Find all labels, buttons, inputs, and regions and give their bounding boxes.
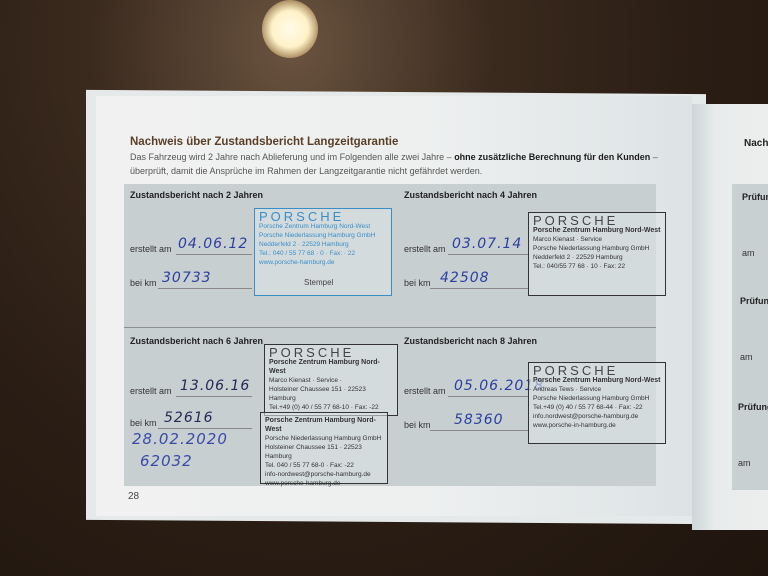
date-line xyxy=(176,254,252,255)
stamp-line: info-nordwest@porsche-hamburg.de xyxy=(265,470,383,479)
intro-text: Das Fahrzeug wird 2 Jahre nach Ablieferu… xyxy=(130,150,660,178)
stamp-line: Andreas Tews · Service xyxy=(533,385,661,394)
right-am-label: am xyxy=(738,458,751,468)
created-label: erstellt am xyxy=(130,386,172,396)
km-label: bei km xyxy=(130,278,157,288)
handwritten-extra-km: 62032 xyxy=(140,452,193,470)
stamp-line: Tel.: 040/55 77 68 · 10 · Fax: 22 xyxy=(533,262,661,271)
right-section-label: Prüfun xyxy=(740,296,768,306)
stamp-line: Porsche Zentrum Hamburg Nord-West xyxy=(259,222,387,231)
stamp-line: Tel.+49 (0) 40 / 55 77 68-10 · Fax: -22 xyxy=(269,403,393,412)
stamp-line: Tel.+49 (0) 40 / 55 77 68-44 · Fax: -22 xyxy=(533,403,661,412)
stamp-line: Porsche Niederlassung Hamburg GmbH xyxy=(265,434,383,443)
right-am-label: am xyxy=(740,352,753,362)
handwritten-date: 03.07.14 xyxy=(452,236,522,252)
stamp-label: Stempel xyxy=(304,278,333,287)
handwritten-date: 13.06.16 xyxy=(180,378,250,394)
stamp-line: Porsche Zentrum Hamburg Nord-West xyxy=(265,416,383,434)
dealer-stamp: PORSCHE Porsche Zentrum Hamburg Nord-Wes… xyxy=(264,344,398,416)
stamp-line: Porsche Niederlassung Hamburg GmbH xyxy=(533,244,661,253)
dealer-stamp-second: Porsche Zentrum Hamburg Nord-West Porsch… xyxy=(260,412,388,484)
divider xyxy=(124,327,656,328)
stamp-line: Nedderfeld 2 · 22529 Hamburg xyxy=(533,253,661,262)
right-page-title: Nach xyxy=(744,138,768,149)
date-line xyxy=(176,396,252,397)
handwritten-extra-date: 28.02.2020 xyxy=(132,430,228,448)
created-label: erstellt am xyxy=(130,244,172,254)
handwritten-km: 42508 xyxy=(440,270,490,286)
km-label: bei km xyxy=(404,420,431,430)
stamp-line: Tel. 040 / 55 77 68-0 · Fax: -22 xyxy=(265,461,383,470)
report-heading: Zustandsbericht nach 4 Jahren xyxy=(404,190,537,200)
km-line xyxy=(158,288,252,289)
report-6-years: Zustandsbericht nach 6 Jahren erstellt a… xyxy=(124,330,394,486)
right-section-label: Prüfung xyxy=(738,402,768,412)
reports-panel: Zustandsbericht nach 2 Jahren erstellt a… xyxy=(124,184,656,486)
km-label: bei km xyxy=(130,418,157,428)
stamp-line: Porsche Zentrum Hamburg Nord-West xyxy=(533,376,661,385)
report-heading: Zustandsbericht nach 8 Jahren xyxy=(404,336,537,346)
ceiling-light-reflection xyxy=(262,0,318,58)
date-line xyxy=(448,254,528,255)
km-line xyxy=(158,428,252,429)
stamp-line: info.nordwest@porsche-hamburg.de xyxy=(533,412,661,421)
stamp-line: Holsteiner Chaussee 151 · 22523 Hamburg xyxy=(269,385,393,403)
stamp-line: Marco Kienast · Service xyxy=(533,235,661,244)
handwritten-km: 52616 xyxy=(164,410,214,426)
porsche-logo: PORSCHE xyxy=(533,366,661,375)
km-line xyxy=(430,430,528,431)
stamp-line: www.porsche-in-hamburg.de xyxy=(533,421,661,430)
porsche-logo: PORSCHE xyxy=(533,216,661,225)
porsche-logo: PORSCHE xyxy=(259,212,387,221)
stamp-line: Nedderfeld 2 · 22529 Hamburg xyxy=(259,240,387,249)
right-section-label: Prüfun xyxy=(742,192,768,202)
right-am-label: am xyxy=(742,248,755,258)
stamp-line: Porsche Niederlassung Hamburg GmbH xyxy=(259,231,387,240)
report-8-years: Zustandsbericht nach 8 Jahren erstellt a… xyxy=(398,330,656,486)
report-4-years: Zustandsbericht nach 4 Jahren erstellt a… xyxy=(398,184,656,324)
stamp-line: Porsche Niederlassung Hamburg GmbH xyxy=(533,394,661,403)
dealer-stamp: PORSCHE Porsche Zentrum Hamburg Nord-Wes… xyxy=(528,212,666,296)
handwritten-date: 04.06.12 xyxy=(178,236,248,252)
handwritten-km: 58360 xyxy=(454,412,504,428)
handwritten-km: 30733 xyxy=(162,270,212,286)
report-2-years: Zustandsbericht nach 2 Jahren erstellt a… xyxy=(124,184,394,324)
stamp-line: www.porsche-hamburg.de xyxy=(259,258,387,267)
stamp-line: Holsteiner Chaussee 151 · 22523 Hamburg xyxy=(265,443,383,461)
km-label: bei km xyxy=(404,278,431,288)
date-line xyxy=(448,396,528,397)
right-reports-panel: Prüfun am Prüfun am Prüfung am xyxy=(732,184,768,490)
km-line xyxy=(430,288,528,289)
dealer-stamp: PORSCHE Porsche Zentrum Hamburg Nord-Wes… xyxy=(528,362,666,444)
page-title: Nachweis über Zustandsbericht Langzeitga… xyxy=(130,136,398,148)
stamp-line: Porsche Zentrum Hamburg Nord-West xyxy=(533,226,661,235)
created-label: erstellt am xyxy=(404,386,446,396)
page-number: 28 xyxy=(128,491,139,502)
stamp-line: Porsche Zentrum Hamburg Nord-West xyxy=(269,358,393,376)
porsche-logo: PORSCHE xyxy=(269,348,393,357)
created-label: erstellt am xyxy=(404,244,446,254)
stamp-line: www.porsche-hamburg.de xyxy=(265,479,383,488)
stamp-line: Tel.: 040 / 55 77 68 · 0 · Fax: · 22 xyxy=(259,249,387,258)
report-heading: Zustandsbericht nach 6 Jahren xyxy=(130,336,263,346)
stamp-line: Marco Kienast · Service · xyxy=(269,376,393,385)
report-heading: Zustandsbericht nach 2 Jahren xyxy=(130,190,263,200)
